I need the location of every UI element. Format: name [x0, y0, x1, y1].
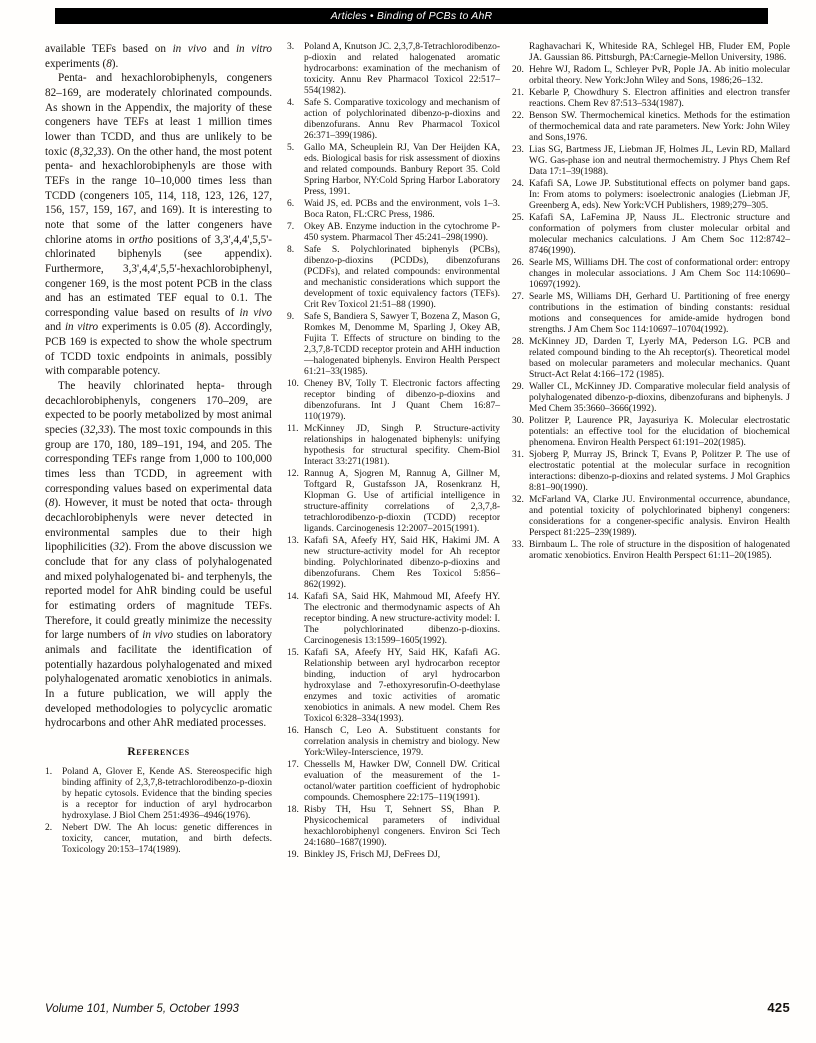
- references-heading: References: [45, 746, 272, 758]
- reference-text: Safe S. Polychlorinated biphenyls (PCBs)…: [304, 245, 500, 310]
- reference-list-col3: 20.Hehre WJ, Radom L, Schleyer PvR, Popl…: [512, 65, 790, 562]
- reference-number: 1.: [45, 767, 52, 778]
- reference-number: 27.: [512, 292, 524, 303]
- reference-number: 14.: [287, 592, 299, 603]
- reference-list-col1: 1.Poland A, Glover E, Kende AS. Stereosp…: [45, 767, 272, 856]
- page-number: 425: [767, 1000, 790, 1015]
- running-head: Articles • Binding of PCBs to AhR: [331, 10, 493, 22]
- reference-number: 13.: [287, 536, 299, 547]
- reference-list-col2: 3.Poland A, Knutson JC. 2,3,7,8-Tetrachl…: [287, 42, 500, 861]
- reference-number: 20.: [512, 65, 524, 76]
- reference-number: 8.: [287, 245, 294, 256]
- reference-number: 19.: [287, 850, 299, 861]
- reference-item: 30.Politzer P, Laurence PR, Jayasuriya K…: [512, 416, 790, 449]
- reference-number: 31.: [512, 450, 524, 461]
- reference-number: 12.: [287, 469, 299, 480]
- reference-number: 18.: [287, 805, 299, 816]
- reference-text: Lias SG, Bartmess JE, Liebman JF, Holmes…: [529, 145, 790, 177]
- reference-item: 4.Safe S. Comparative toxicology and mec…: [287, 98, 500, 142]
- column-right: Raghavachari K, Whiteside RA, Schlegel H…: [512, 42, 790, 563]
- reference-number: 29.: [512, 382, 524, 393]
- reference-item: 22.Benson SW. Thermochemical kinetics. M…: [512, 111, 790, 144]
- reference-item: 16.Hansch C, Leo A. Substituent constant…: [287, 726, 500, 759]
- reference-item: 31.Sjoberg P, Murray JS, Brinck T, Evans…: [512, 450, 790, 494]
- reference-item: 15.Kafafi SA, Afeefy HY, Said HK, Kafafi…: [287, 648, 500, 725]
- reference-number: 28.: [512, 337, 524, 348]
- reference-item: 33.Birnbaum L. The role of structure in …: [512, 540, 790, 562]
- reference-number: 17.: [287, 760, 299, 771]
- reference-text: Kebarle P, Chowdhury S. Electron affinit…: [529, 88, 790, 109]
- reference-text: Chessells M, Hawker DW, Connell DW. Crit…: [304, 760, 500, 803]
- page-footer: Volume 101, Number 5, October 1993 425: [45, 1000, 790, 1015]
- reference-number: 11.: [287, 424, 299, 435]
- reference-number: 6.: [287, 199, 294, 210]
- reference-item: 28.McKinney JD, Darden T, Lyerly MA, Ped…: [512, 337, 790, 381]
- column-left: available TEFs based on in vivo and in v…: [45, 42, 272, 857]
- reference-text: Waid JS, ed. PCBs and the environment, v…: [304, 199, 500, 220]
- reference-text: Cheney BV, Tolly T. Electronic factors a…: [304, 379, 500, 422]
- reference-text: Poland A, Knutson JC. 2,3,7,8-Tetrachlor…: [304, 42, 500, 96]
- reference-item: 3.Poland A, Knutson JC. 2,3,7,8-Tetrachl…: [287, 42, 500, 97]
- reference-item: 23.Lias SG, Bartmess JE, Liebman JF, Hol…: [512, 145, 790, 178]
- column-middle: 3.Poland A, Knutson JC. 2,3,7,8-Tetrachl…: [287, 42, 500, 862]
- reference-item: 2.Nebert DW. The Ah locus: genetic diffe…: [45, 823, 272, 856]
- reference-text: Nebert DW. The Ah locus: genetic differe…: [62, 823, 272, 855]
- article-header-bar: Articles • Binding of PCBs to AhR: [55, 8, 768, 24]
- reference-number: 21.: [512, 88, 524, 99]
- reference-item: 9.Safe S, Bandiera S, Sawyer T, Bozena Z…: [287, 312, 500, 378]
- reference-text: Kafafi SA, LaFemina JP, Nauss JL. Electr…: [529, 213, 790, 256]
- reference-number: 2.: [45, 823, 52, 834]
- body-paragraph-2: Penta- and hexachlorobiphenyls, congener…: [45, 71, 272, 379]
- reference-text: McFarland VA, Clarke JU. Environmental o…: [529, 495, 790, 538]
- reference-item: 32.McFarland VA, Clarke JU. Environmenta…: [512, 495, 790, 539]
- reference-number: 9.: [287, 312, 294, 323]
- reference-item: 25.Kafafi SA, LaFemina JP, Nauss JL. Ele…: [512, 213, 790, 257]
- volume-info: Volume 101, Number 5, October 1993: [45, 1003, 239, 1015]
- reference-number: 15.: [287, 648, 299, 659]
- reference-text: Rannug A, Sjogren M, Rannug A, Gillner M…: [304, 469, 500, 534]
- reference-text: Kafafi SA, Afeefy HY, Said HK, Kafafi AG…: [304, 648, 500, 724]
- reference-number: 30.: [512, 416, 524, 427]
- reference-text: Waller CL, McKinney JD. Comparative mole…: [529, 382, 790, 414]
- reference-text: Kafafi SA, Said HK, Mahmoud MI, Afeefy H…: [304, 592, 500, 646]
- reference-text: McKinney JD, Darden T, Lyerly MA, Peders…: [529, 337, 790, 380]
- reference-text: Birnbaum L. The role of structure in the…: [529, 540, 790, 561]
- reference-item: 10.Cheney BV, Tolly T. Electronic factor…: [287, 379, 500, 423]
- reference-text: Hehre WJ, Radom L, Schleyer PvR, Pople J…: [529, 65, 790, 86]
- reference-item: 19.Binkley JS, Frisch MJ, DeFrees DJ,: [287, 850, 500, 861]
- reference-continuation: Raghavachari K, Whiteside RA, Schlegel H…: [512, 42, 790, 64]
- reference-item: 11.McKinney JD, Singh P. Structure-activ…: [287, 424, 500, 468]
- reference-number: 7.: [287, 222, 294, 233]
- body-paragraph-3: The heavily chlorinated hepta- through d…: [45, 379, 272, 731]
- reference-item: 27.Searle MS, Williams DH, Gerhard U. Pa…: [512, 292, 790, 336]
- reference-text: Benson SW. Thermochemical kinetics. Meth…: [529, 111, 790, 143]
- reference-number: 25.: [512, 213, 524, 224]
- reference-item: 26.Searle MS, Williams DH. The cost of c…: [512, 258, 790, 291]
- reference-item: 1.Poland A, Glover E, Kende AS. Stereosp…: [45, 767, 272, 822]
- reference-text: Politzer P, Laurence PR, Jayasuriya K. M…: [529, 416, 790, 448]
- reference-text: Poland A, Glover E, Kende AS. Stereospec…: [62, 767, 272, 821]
- reference-item: 5.Gallo MA, Scheuplein RJ, Van Der Heijd…: [287, 143, 500, 198]
- reference-item: 29.Waller CL, McKinney JD. Comparative m…: [512, 382, 790, 415]
- body-paragraph-1: available TEFs based on in vivo and in v…: [45, 42, 272, 71]
- reference-number: 5.: [287, 143, 294, 154]
- content-columns: available TEFs based on in vivo and in v…: [45, 42, 790, 862]
- journal-page: Articles • Binding of PCBs to AhR availa…: [0, 0, 816, 1043]
- reference-number: 33.: [512, 540, 524, 551]
- reference-number: 4.: [287, 98, 294, 109]
- reference-item: 17.Chessells M, Hawker DW, Connell DW. C…: [287, 760, 500, 804]
- reference-text: Gallo MA, Scheuplein RJ, Van Der Heijden…: [304, 143, 500, 197]
- reference-text: Risby TH, Hsu T, Sehnert SS, Bhan P. Phy…: [304, 805, 500, 848]
- reference-item: 14.Kafafi SA, Said HK, Mahmoud MI, Afeef…: [287, 592, 500, 647]
- reference-item: 8.Safe S. Polychlorinated biphenyls (PCB…: [287, 245, 500, 311]
- reference-text: Kafafi SA, Lowe JP. Substitutional effec…: [529, 179, 790, 211]
- reference-number: 32.: [512, 495, 524, 506]
- reference-number: 26.: [512, 258, 524, 269]
- reference-text: McKinney JD, Singh P. Structure-activity…: [304, 424, 500, 467]
- reference-item: 21.Kebarle P, Chowdhury S. Electron affi…: [512, 88, 790, 110]
- reference-item: 7.Okey AB. Enzyme induction in the cytoc…: [287, 222, 500, 244]
- reference-number: 3.: [287, 42, 294, 53]
- reference-text: Safe S, Bandiera S, Sawyer T, Bozena Z, …: [304, 312, 500, 377]
- reference-item: 20.Hehre WJ, Radom L, Schleyer PvR, Popl…: [512, 65, 790, 87]
- reference-text: Searle MS, Williams DH, Gerhard U. Parti…: [529, 292, 790, 335]
- reference-text: Searle MS, Williams DH. The cost of conf…: [529, 258, 790, 290]
- reference-text: Binkley JS, Frisch MJ, DeFrees DJ,: [304, 850, 440, 860]
- reference-text: Safe S. Comparative toxicology and mecha…: [304, 98, 500, 141]
- reference-number: 10.: [287, 379, 299, 390]
- reference-item: 6.Waid JS, ed. PCBs and the environment,…: [287, 199, 500, 221]
- reference-item: 12.Rannug A, Sjogren M, Rannug A, Gillne…: [287, 469, 500, 535]
- reference-text: Hansch C, Leo A. Substituent constants f…: [304, 726, 500, 758]
- reference-item: 18.Risby TH, Hsu T, Sehnert SS, Bhan P. …: [287, 805, 500, 849]
- reference-text: Kafafi SA, Afeefy HY, Said HK, Hakimi JM…: [304, 536, 500, 590]
- reference-number: 24.: [512, 179, 524, 190]
- reference-item: 24.Kafafi SA, Lowe JP. Substitutional ef…: [512, 179, 790, 212]
- reference-text: Sjoberg P, Murray JS, Brinck T, Evans P,…: [529, 450, 790, 493]
- reference-item: 13.Kafafi SA, Afeefy HY, Said HK, Hakimi…: [287, 536, 500, 591]
- reference-text: Okey AB. Enzyme induction in the cytochr…: [304, 222, 500, 243]
- reference-number: 23.: [512, 145, 524, 156]
- reference-number: 22.: [512, 111, 524, 122]
- reference-number: 16.: [287, 726, 299, 737]
